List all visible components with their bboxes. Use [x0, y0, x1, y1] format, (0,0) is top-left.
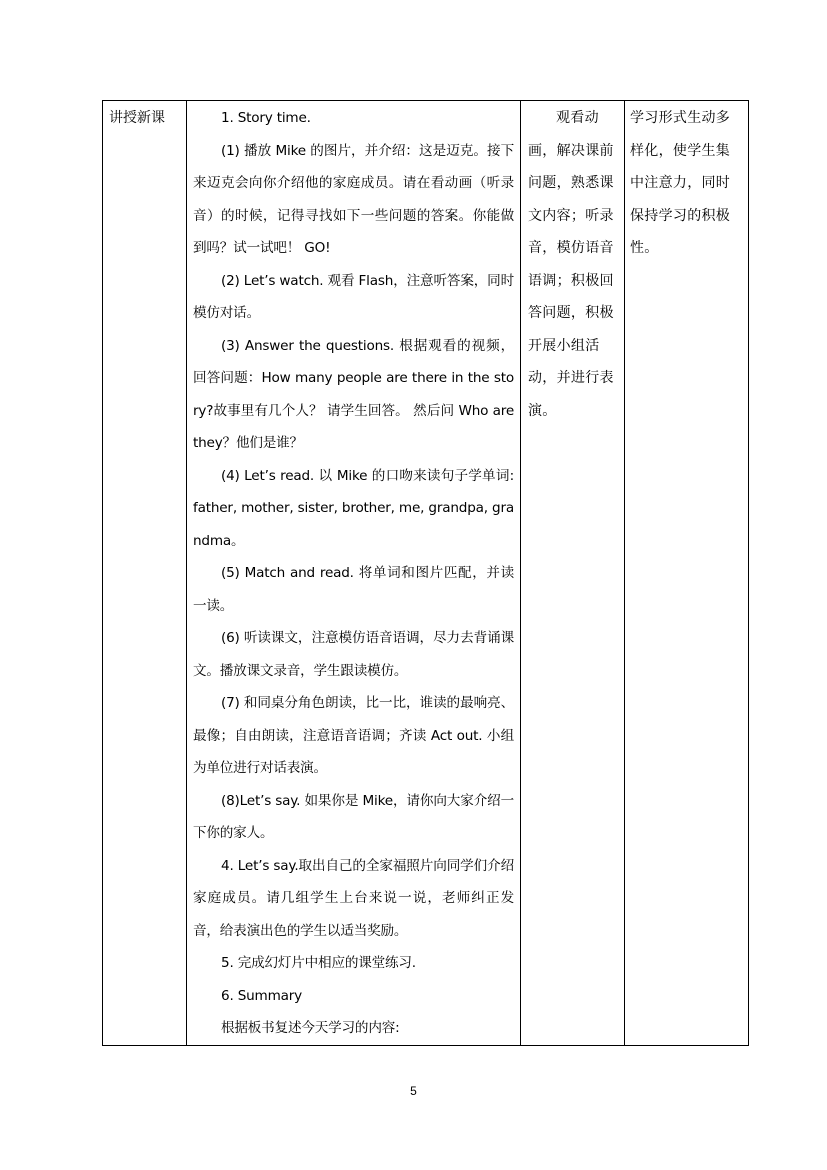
- procedure-step-7: (7) 和同桌分角色朗读，比一比，谁读的最响亮、最像；自由朗读，注意语音语调；齐…: [193, 687, 514, 785]
- lesson-plan-table: 讲授新课 1. Story time. (1) 播放 Mike 的图片，并介绍：…: [102, 100, 749, 1046]
- design-intent-cell: 学习形式生动多样化，使学生集中注意力，同时保持学习的积极性。: [625, 101, 749, 1046]
- design-intent-text: 学习形式生动多样化，使学生集中注意力，同时保持学习的积极性。: [630, 102, 744, 265]
- procedure-lets-say: 4. Let’s say.取出自己的全家福照片向同学们介绍家庭成员。请几组学生上…: [193, 850, 514, 948]
- document-page: 讲授新课 1. Story time. (1) 播放 Mike 的图片，并介绍：…: [0, 0, 827, 1170]
- procedure-step-1: (1) 播放 Mike 的图片，并介绍：这是迈克。接下来迈克会向你介绍他的家庭成…: [193, 135, 514, 265]
- procedure-summary-text: 根据板书复述今天学习的内容:: [193, 1012, 514, 1045]
- stage-cell: 讲授新课: [103, 101, 187, 1046]
- stage-label: 讲授新课: [103, 101, 186, 135]
- procedure-step-8: (8)Let’s say. 如果你是 Mike，请你向大家介绍一下你的家人。: [193, 785, 514, 850]
- page-number: 5: [0, 1084, 827, 1098]
- table-row: 讲授新课 1. Story time. (1) 播放 Mike 的图片，并介绍：…: [103, 101, 749, 1046]
- procedure-exercises: 5. 完成幻灯片中相应的课堂练习.: [193, 947, 514, 980]
- procedure-step-story-time: 1. Story time.: [193, 102, 514, 135]
- student-activity-cell: 观看动画，解决课前问题，熟悉课文内容；听录音，模仿语音语调；积极回答问题，积极开…: [521, 101, 625, 1046]
- procedure-step-5: (5) Match and read. 将单词和图片匹配，并读一读。: [193, 557, 514, 622]
- procedure-step-6: (6) 听读课文，注意模仿语音语调，尽力去背诵课文。播放课文录音，学生跟读模仿。: [193, 622, 514, 687]
- procedure-step-3: (3) Answer the questions. 根据观看的视频，回答问题：H…: [193, 330, 514, 460]
- procedure-cell: 1. Story time. (1) 播放 Mike 的图片，并介绍：这是迈克。…: [187, 101, 521, 1046]
- procedure-summary-heading: 6. Summary: [193, 980, 514, 1013]
- student-activity-text: 观看动画，解决课前问题，熟悉课文内容；听录音，模仿语音语调；积极回答问题，积极开…: [528, 102, 622, 427]
- procedure-content: 1. Story time. (1) 播放 Mike 的图片，并介绍：这是迈克。…: [187, 101, 520, 1045]
- procedure-step-2: (2) Let’s watch. 观看 Flash，注意听答案，同时模仿对话。: [193, 265, 514, 330]
- procedure-step-4: (4) Let’s read. 以 Mike 的口吻来读句子学单词: fathe…: [193, 460, 514, 558]
